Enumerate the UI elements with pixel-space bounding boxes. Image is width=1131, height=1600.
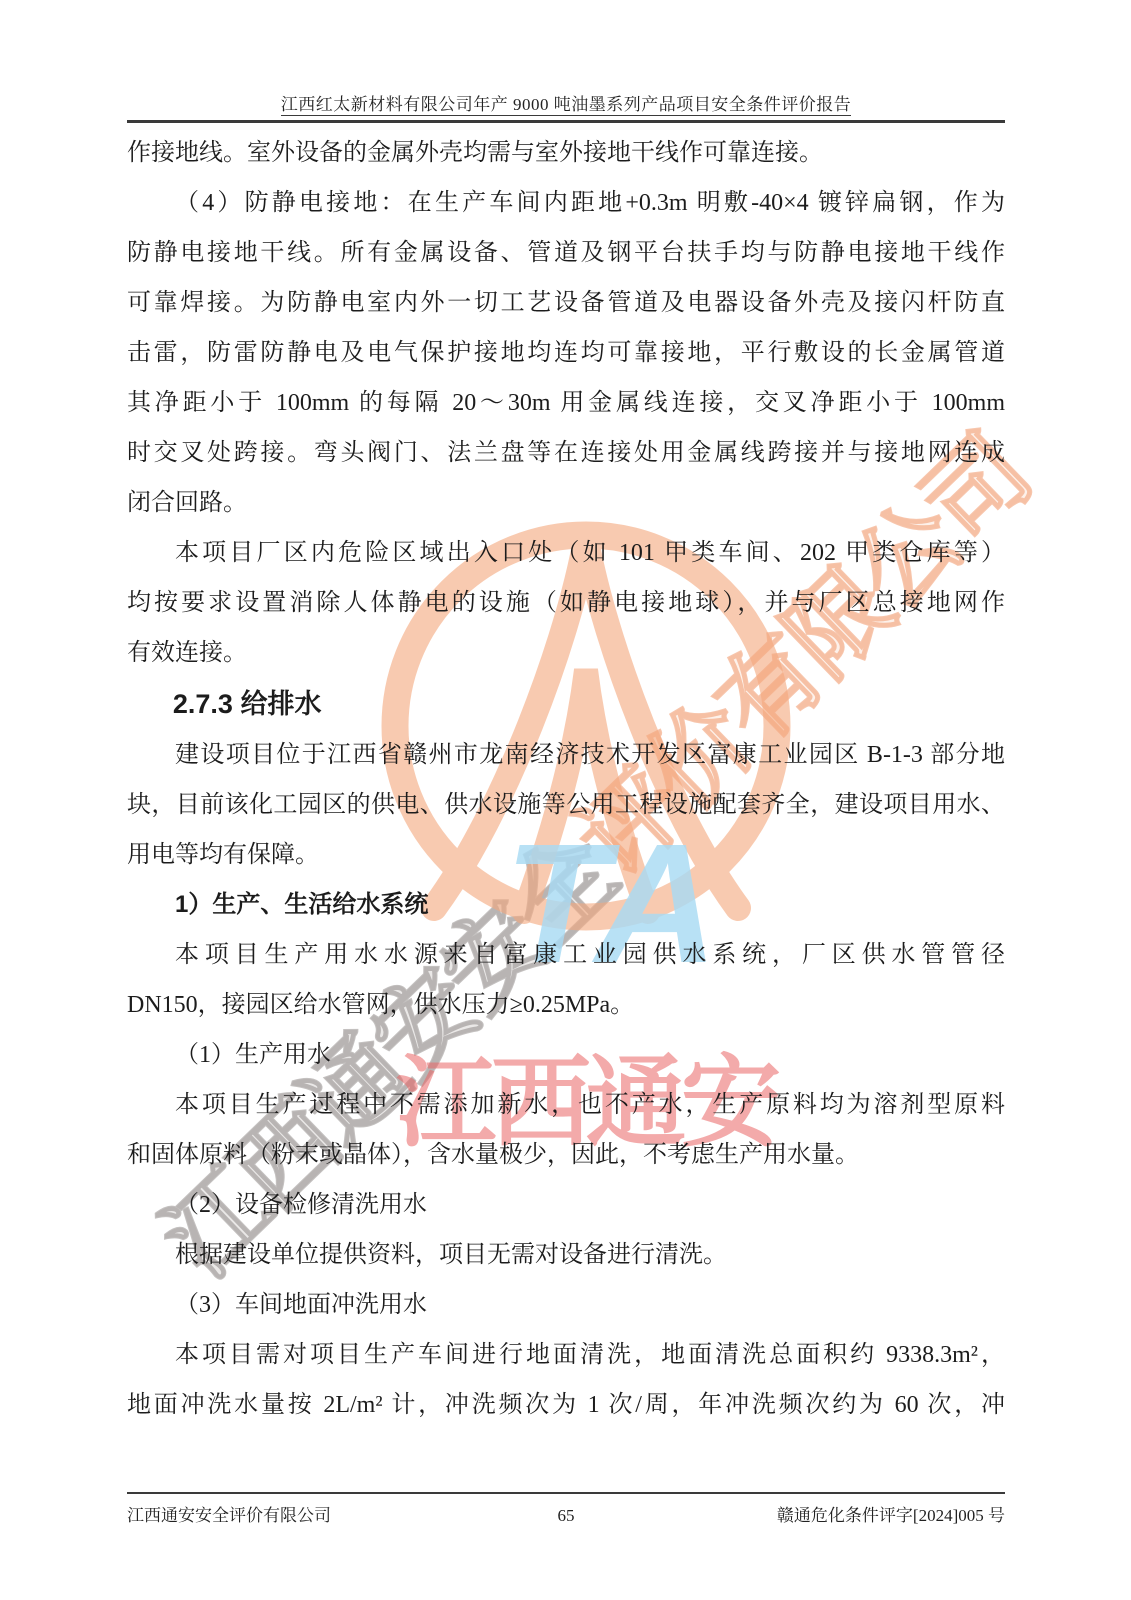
paragraph: （4）防静电接地：在生产车间内距地+0.3m 明敷-40×4 镀锌扁钢，作为防静… — [127, 178, 1005, 528]
paragraph: （2）设备检修清洗用水 — [127, 1180, 1005, 1230]
text-line: 本项目需对项目生产车间进行地面清洗，地面清洗总面积约 9338.3m²， — [127, 1330, 1005, 1380]
text-line: 可靠焊接。为防静电室内外一切工艺设备管道及电器设备外壳及接闪杆防直 — [127, 278, 1005, 328]
text-line: （1）生产用水 — [127, 1030, 1005, 1080]
text-line: 有效连接。 — [127, 628, 1005, 678]
text-line: 根据建设单位提供资料，项目无需对设备进行清洗。 — [127, 1230, 1005, 1280]
document-body: 作接地线。室外设备的金属外壳均需与室外接地干线作可靠连接。（4）防静电接地：在生… — [127, 128, 1005, 1430]
text-line: 击雷，防雷防静电及电气保护接地均连均可靠接地，平行敷设的长金属管道 — [127, 328, 1005, 378]
page-number: 65 — [506, 1506, 626, 1526]
text-line: 地面冲洗水量按 2L/m² 计，冲洗频次为 1 次/周，年冲洗频次约为 60 次… — [127, 1380, 1005, 1430]
paragraph: （3）车间地面冲洗用水 — [127, 1280, 1005, 1330]
text-line: 时交叉处跨接。弯头阀门、法兰盘等在连接处用金属线跨接并与接地网连成 — [127, 428, 1005, 478]
paragraph: 作接地线。室外设备的金属外壳均需与室外接地干线作可靠连接。 — [127, 128, 1005, 178]
page-footer: 江西通安安全评价有限公司 65 赣通危化条件评字[2024]005 号 — [127, 1492, 1005, 1526]
footer-company-name: 江西通安安全评价有限公司 — [127, 1501, 506, 1526]
text-line: 均按要求设置消除人体静电的设施（如静电接地球），并与厂区总接地网作 — [127, 578, 1005, 628]
text-line: 本项目厂区内危险区域出入口处（如 101 甲类车间、202 甲类仓库等） — [127, 528, 1005, 578]
text-line: 块，目前该化工园区的供电、供水设施等公用工程设施配套齐全，建设项目用水、 — [127, 780, 1005, 830]
paragraph: 本项目厂区内危险区域出入口处（如 101 甲类车间、202 甲类仓库等）均按要求… — [127, 528, 1005, 678]
paragraph: 建设项目位于江西省赣州市龙南经济技术开发区富康工业园区 B-1-3 部分地块，目… — [127, 730, 1005, 880]
paragraph: （1）生产用水 — [127, 1030, 1005, 1080]
text-line: DN150，接园区给水管网，供水压力≥0.25MPa。 — [127, 980, 1005, 1030]
text-line: 1）生产、生活给水系统 — [127, 880, 1005, 930]
text-line: 本项目生产过程中不需添加新水，也不产水，生产原料均为溶剂型原料 — [127, 1080, 1005, 1130]
text-line: 和固体原料（粉末或晶体），含水量极少，因此，不考虑生产用水量。 — [127, 1130, 1005, 1180]
text-line: 用电等均有保障。 — [127, 830, 1005, 880]
text-line: 防静电接地干线。所有金属设备、管道及钢平台扶手均与防静电接地干线作 — [127, 228, 1005, 278]
paragraph: 本项目生产用水水源来自富康工业园供水系统，厂区供水管管径DN150，接园区给水管… — [127, 930, 1005, 1030]
text-line: 2.7.3 给排水 — [127, 678, 1005, 730]
paragraph: 1）生产、生活给水系统 — [127, 880, 1005, 930]
text-line: 其净距小于 100mm 的每隔 20～30m 用金属线连接，交叉净距小于 100… — [127, 378, 1005, 428]
text-line: 闭合回路。 — [127, 478, 1005, 528]
paragraph: 本项目需对项目生产车间进行地面清洗，地面清洗总面积约 9338.3m²，地面冲洗… — [127, 1330, 1005, 1430]
page-header: 江西红太新材料有限公司年产 9000 吨油墨系列产品项目安全条件评价报告 — [127, 90, 1005, 123]
text-line: 本项目生产用水水源来自富康工业园供水系统，厂区供水管管径 — [127, 930, 1005, 980]
text-line: （3）车间地面冲洗用水 — [127, 1280, 1005, 1330]
paragraph: 本项目生产过程中不需添加新水，也不产水，生产原料均为溶剂型原料和固体原料（粉末或… — [127, 1080, 1005, 1180]
text-line: 建设项目位于江西省赣州市龙南经济技术开发区富康工业园区 B-1-3 部分地 — [127, 730, 1005, 780]
text-line: （4）防静电接地：在生产车间内距地+0.3m 明敷-40×4 镀锌扁钢，作为 — [127, 178, 1005, 228]
paragraph: 2.7.3 给排水 — [127, 678, 1005, 730]
report-page: 江西通安安全评价有限公司 TA 江西通安 江西红太新材料有限公司年产 9000 … — [0, 0, 1131, 1600]
text-line: （2）设备检修清洗用水 — [127, 1180, 1005, 1230]
report-title: 江西红太新材料有限公司年产 9000 吨油墨系列产品项目安全条件评价报告 — [281, 95, 852, 116]
footer-document-number: 赣通危化条件评字[2024]005 号 — [626, 1501, 1005, 1526]
paragraph: 根据建设单位提供资料，项目无需对设备进行清洗。 — [127, 1230, 1005, 1280]
text-line: 作接地线。室外设备的金属外壳均需与室外接地干线作可靠连接。 — [127, 128, 1005, 178]
